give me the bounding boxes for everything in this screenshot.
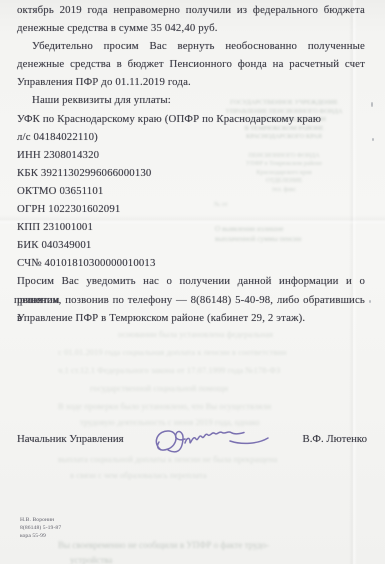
- scan-speck: [369, 300, 371, 303]
- signer-title: Начальник Управления: [17, 433, 124, 445]
- requisites-line-kbk: КБК 39211302996066000130: [17, 164, 365, 182]
- requisites-line: УФК по Краснодарскому краю (ОПФР по Крас…: [17, 110, 365, 128]
- requisites-line-ogrn: ОГРН 1022301602091: [17, 200, 365, 218]
- executor-name: Н.В. Воронин: [20, 516, 61, 524]
- requisites-line: л/с 04184022110): [17, 128, 365, 146]
- bleed-through-line: В ходе проверки было установлено, что Вы…: [58, 401, 358, 411]
- body-line: денежные средства в бюджет Пенсионного ф…: [17, 55, 365, 73]
- body-line: октябрь 2019 года неправомерно получили …: [17, 1, 365, 19]
- scan-speck: [371, 102, 373, 107]
- bleed-through-line: в связи с чем образовалась переплата: [70, 470, 370, 480]
- signer-name: В.Ф. Лютенко: [303, 433, 367, 445]
- bleed-through-line: устройства: [70, 555, 380, 564]
- signature-block: Начальник Управления В.Ф. Лютенко: [17, 424, 367, 466]
- bleed-through-line: Вы своевременно не сообщили в УПФР о фак…: [58, 540, 368, 550]
- executor-phone: 8(86148) 5-19-87: [20, 524, 61, 532]
- body-line: Управления ПФР до 01.11.2019 года.: [17, 73, 365, 91]
- bleed-through-line: с 01.01.2019 года социальная доплата к п…: [58, 347, 358, 357]
- requisites-line-bik: БИК 040349001: [17, 236, 365, 254]
- scanned-letter-page: ГОСУДАРСТВЕННОЕ УЧРЕЖДЕНИЕ УПРАВЛЕНИЕ ПЕ…: [0, 0, 385, 564]
- scan-speck: [372, 138, 374, 141]
- requisites-line-oktmo: ОКТМО 03651101: [17, 182, 365, 200]
- body-line: решении, позвонив по телефону — 8(86148)…: [17, 291, 365, 309]
- bleed-through-line: государственной социальной помощи: [90, 383, 310, 393]
- body-line: Убедительно просим Вас вернуть необоснов…: [17, 37, 365, 55]
- body-line: Просим Вас уведомить нас о получении дан…: [14, 272, 365, 290]
- bleed-through-line: основании была установлена федеральная: [118, 329, 358, 339]
- executor-code: кора 55-99: [20, 532, 61, 540]
- executor-note: Н.В. Воронин 8(86148) 5-19-87 кора 55-99: [20, 516, 61, 540]
- requisites-line-account: СЧ№ 40101810300000010013: [17, 254, 365, 272]
- requisites-line-kpp: КПП 231001001: [17, 218, 365, 236]
- body-line: Управление ПФР в Темрюкском районе (каби…: [17, 309, 365, 327]
- body-line: Наши реквизиты для уплаты:: [17, 91, 365, 109]
- bleed-through-line: ч.1 ст.12.1 Федерального закона от 17.07…: [58, 365, 358, 375]
- handwritten-signature-ink: [150, 424, 272, 464]
- body-line: денежные средства в сумме 35 042,40 руб.: [17, 19, 365, 37]
- requisites-line-inn: ИНН 2308014320: [17, 146, 365, 164]
- letter-body: октябрь 2019 года неправомерно получили …: [17, 1, 365, 327]
